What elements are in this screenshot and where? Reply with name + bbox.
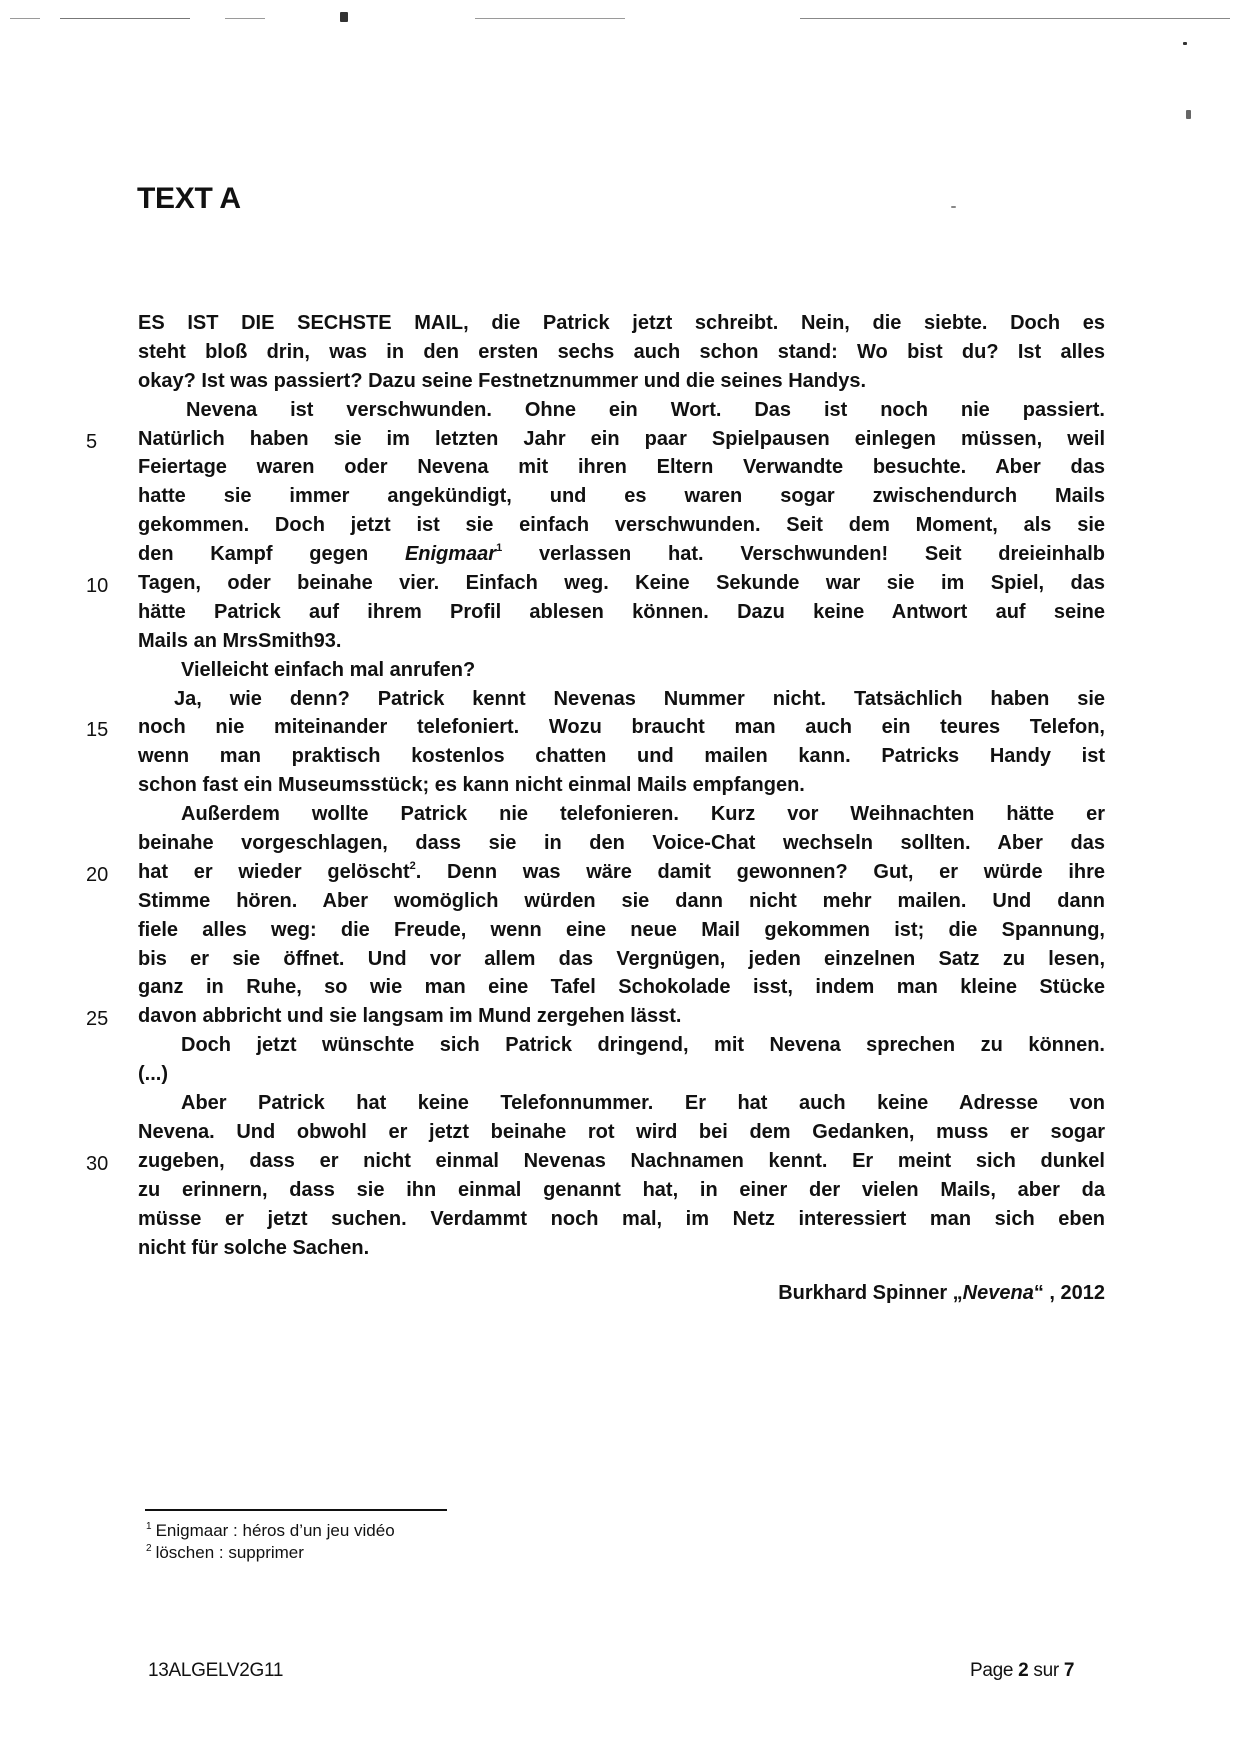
footnote: 1Enigmaar : héros d’un jeu vidéo: [146, 1520, 395, 1542]
excerpt-body: ES IST DIE SECHSTE MAIL, die Patrick jet…: [138, 309, 1105, 1262]
line-number: 30: [86, 1150, 116, 1179]
line-number: 5: [86, 428, 116, 457]
text-line: Doch jetzt wünschte sich Patrick dringen…: [138, 1031, 1105, 1060]
line-number: 20: [86, 861, 116, 890]
text-line: 10Tagen, oder beinahe vier. Einfach weg.…: [138, 569, 1105, 598]
text-line: Mails an MrsSmith93.: [138, 627, 1105, 656]
text-line: Aber Patrick hat keine Telefonnummer. Er…: [138, 1089, 1105, 1118]
text-line: ganz in Ruhe, so wie man eine Tafel Scho…: [138, 973, 1105, 1002]
attribution: Burkhard Spinner „Nevena“ , 2012: [778, 1282, 1105, 1305]
text-line: Nevena ist verschwunden. Ohne ein Wort. …: [138, 396, 1105, 425]
text-line: Ja, wie denn? Patrick kennt Nevenas Numm…: [138, 685, 1105, 714]
text-line: Nevena. Und obwohl er jetzt beinahe rot …: [138, 1118, 1105, 1147]
scan-speck: [951, 206, 956, 208]
text-line: (...): [138, 1060, 1105, 1089]
text-line: 5Natürlich haben sie im letzten Jahr ein…: [138, 425, 1105, 454]
scan-noise: [0, 18, 1240, 24]
footnote-divider: [145, 1509, 447, 1511]
text-line: wenn man praktisch kostenlos chatten und…: [138, 742, 1105, 771]
text-line: beinahe vorgeschlagen, dass sie in den V…: [138, 829, 1105, 858]
scan-speck: [1186, 110, 1191, 119]
work-title: Nevena: [963, 1282, 1034, 1304]
page-indicator: Page 2 sur 7: [970, 1660, 1074, 1682]
text-line: nicht für solche Sachen.: [138, 1234, 1105, 1263]
section-title: TEXT A: [137, 182, 241, 216]
text-line: hatte sie immer angekündigt, und es ware…: [138, 482, 1105, 511]
text-line: steht bloß drin, was in den ersten sechs…: [138, 338, 1105, 367]
text-line: den Kampf gegen Enigmaar1 verlassen hat.…: [138, 540, 1105, 569]
footnote: 2löschen : supprimer: [146, 1542, 395, 1564]
text-line: okay? Ist was passiert? Dazu seine Festn…: [138, 367, 1105, 396]
line-number: 25: [86, 1005, 116, 1034]
scan-speck: [340, 12, 348, 22]
footnotes: 1Enigmaar : héros d’un jeu vidéo 2lösche…: [146, 1520, 395, 1564]
text-line: Stimme hören. Aber womöglich würden sie …: [138, 887, 1105, 916]
text-line: 25davon abbricht und sie langsam im Mund…: [138, 1002, 1105, 1031]
text-line: ES IST DIE SECHSTE MAIL, die Patrick jet…: [138, 309, 1105, 338]
text-line: Außerdem wollte Patrick nie telefonieren…: [138, 800, 1105, 829]
text-line: hätte Patrick auf ihrem Profil ablesen k…: [138, 598, 1105, 627]
line-number: 10: [86, 572, 116, 601]
text-line: müsse er jetzt suchen. Verdammt noch mal…: [138, 1205, 1105, 1234]
document-code: 13ALGELV2G11: [148, 1660, 283, 1682]
text-line: bis er sie öffnet. Und vor allem das Ver…: [138, 945, 1105, 974]
text-line: zu erinnern, dass sie ihn einmal genannt…: [138, 1176, 1105, 1205]
text-line: Vielleicht einfach mal anrufen?: [138, 656, 1105, 685]
text-line: schon fast ein Museumsstück; es kann nic…: [138, 771, 1105, 800]
text-line: 20hat er wieder gelöscht2. Denn was wäre…: [138, 858, 1105, 887]
line-number: 15: [86, 716, 116, 745]
text-line: 30zugeben, dass er nicht einmal Nevenas …: [138, 1147, 1105, 1176]
text-line: 15noch nie miteinander telefoniert. Wozu…: [138, 713, 1105, 742]
text-line: Feiertage waren oder Nevena mit ihren El…: [138, 453, 1105, 482]
text-line: fiele alles weg: die Freude, wenn eine n…: [138, 916, 1105, 945]
text-line: gekommen. Doch jetzt ist sie einfach ver…: [138, 511, 1105, 540]
scan-speck: [1183, 42, 1187, 45]
